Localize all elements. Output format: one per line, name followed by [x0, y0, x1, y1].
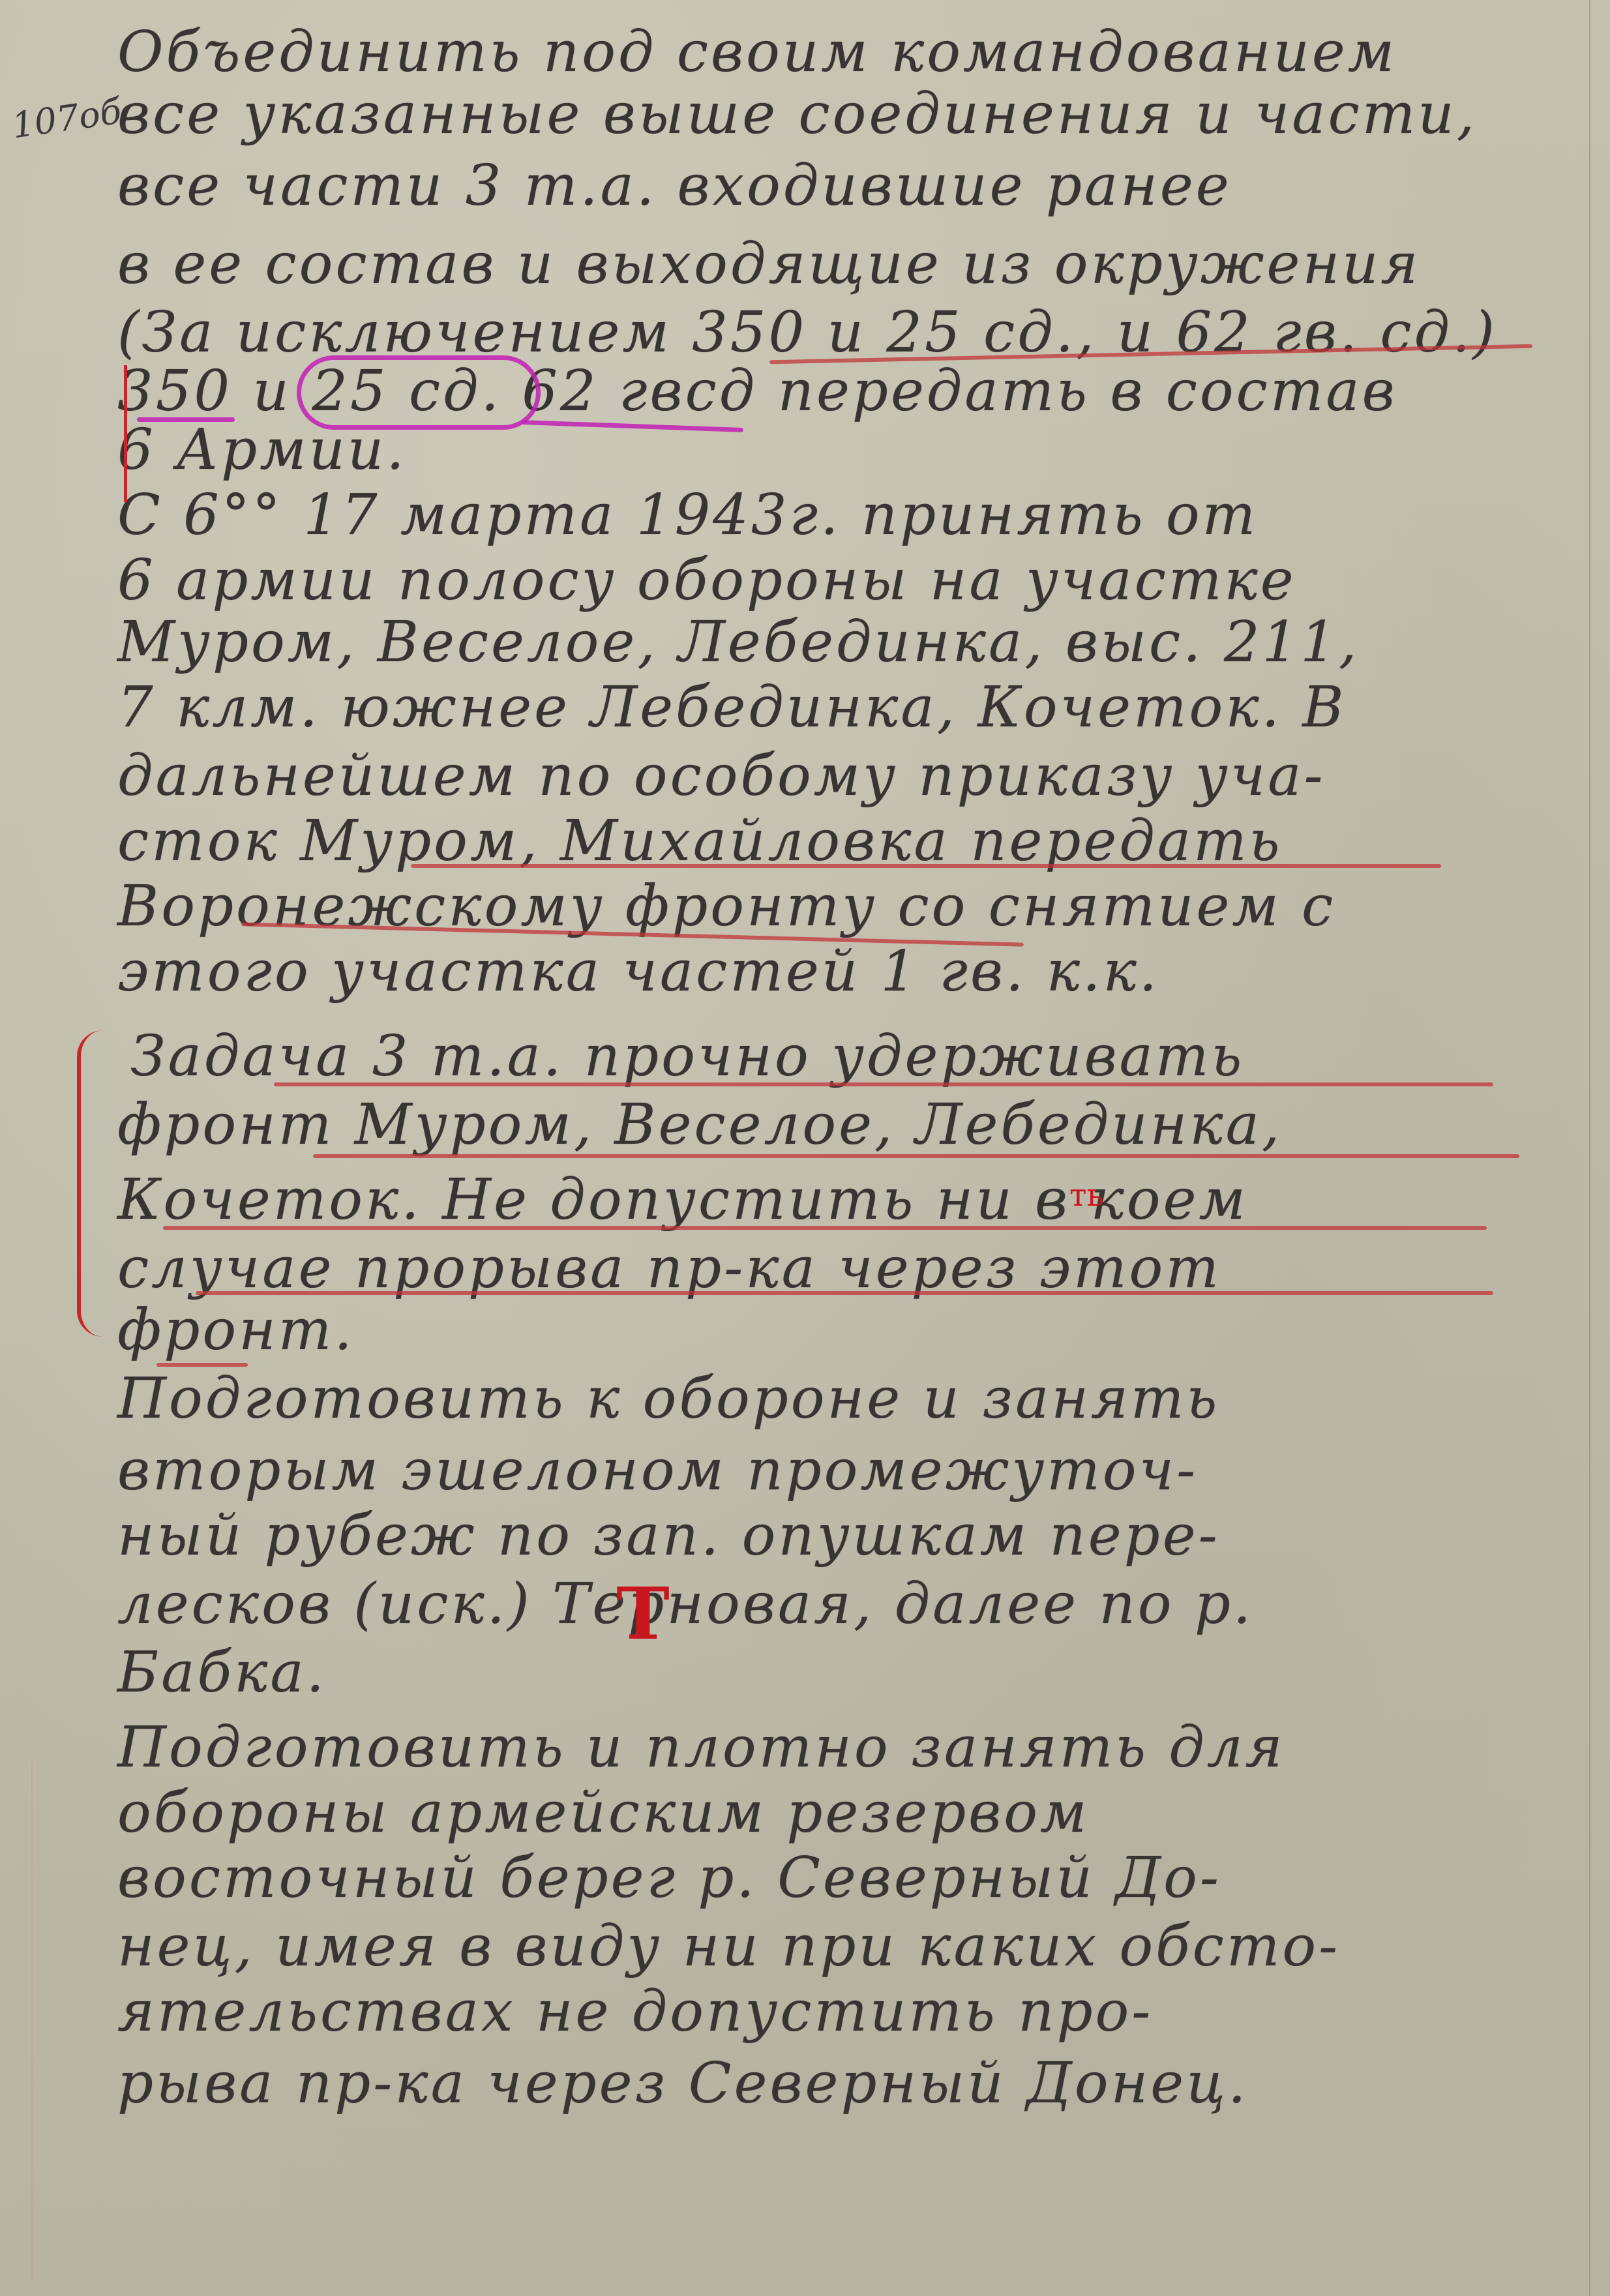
- paper-edge: [1589, 0, 1590, 2296]
- text-line: нец, имея в виду ни при каких обсто-: [117, 1914, 1519, 1979]
- text-line: Бабка.: [117, 1640, 1519, 1705]
- red-underline: [196, 1291, 1493, 1295]
- text-line: С 6°° 17 марта 1943г. принять от: [117, 483, 1519, 548]
- text-line: Кочеток. Не допустить ни в коем: [117, 1167, 1519, 1232]
- text-line: все указанные выше соединения и части,: [117, 82, 1519, 147]
- text-line: Объединить под своим командованием: [117, 20, 1519, 85]
- red-margin-bracket: [124, 365, 127, 502]
- text-line: фронт.: [117, 1298, 1519, 1363]
- red-underline: [163, 1226, 1487, 1230]
- folio-number: 107об: [9, 91, 124, 147]
- text-line: лесков (иск.) Терновая, далее по р.: [117, 1572, 1519, 1637]
- text-line: Воронежскому фронту со снятием с: [117, 874, 1519, 939]
- red-underline: [157, 1363, 248, 1367]
- red-underline: [313, 1154, 1519, 1158]
- text-line: Муром, Веселое, Лебединка, выс. 211,: [117, 610, 1519, 675]
- text-line: этого участка частей 1 гв. к.к.: [117, 939, 1519, 1004]
- text-line: восточный берег р. Северный До-: [117, 1845, 1519, 1911]
- red-brace: [77, 1030, 107, 1337]
- text-line: ный рубеж по зап. опушкам пере-: [117, 1503, 1519, 1568]
- text-line: Задача 3 т.а. прочно удерживать: [130, 1024, 1532, 1089]
- text-line: рыва пр-ка через Северный Донец.: [117, 2051, 1519, 2116]
- text-line: ятельствах не допустить про-: [117, 1979, 1519, 2044]
- scanned-document-page: 107об Объединить под своим командованием…: [0, 0, 1610, 2296]
- margin-line: [31, 1761, 33, 2282]
- red-underline: [411, 864, 1441, 868]
- text-line: дальнейшем по особому приказу уча-: [117, 743, 1519, 809]
- magenta-circle: [297, 355, 541, 430]
- text-line: фронт Муром, Веселое, Лебединка,: [117, 1092, 1519, 1157]
- red-insert-mark: ть: [1069, 1177, 1104, 1214]
- text-line: все части 3 т.а. входившие ранее: [117, 153, 1519, 218]
- text-line: 6 армии полосу обороны на участке: [117, 548, 1519, 613]
- text-line: обороны армейским резервом: [117, 1780, 1519, 1845]
- red-letter-correction: Т: [616, 1572, 670, 1656]
- text-line: вторым эшелоном промежуточ-: [117, 1438, 1519, 1503]
- magenta-underline: [137, 417, 235, 422]
- text-line: Подготовить к обороне и занять: [117, 1366, 1519, 1431]
- text-line: в ее состав и выходящие из окружения: [117, 231, 1519, 297]
- red-underline: [274, 1082, 1493, 1086]
- text-line: Подготовить и плотно занять для: [117, 1715, 1519, 1780]
- text-line: 7 клм. южнее Лебединка, Кочеток. В: [117, 675, 1519, 740]
